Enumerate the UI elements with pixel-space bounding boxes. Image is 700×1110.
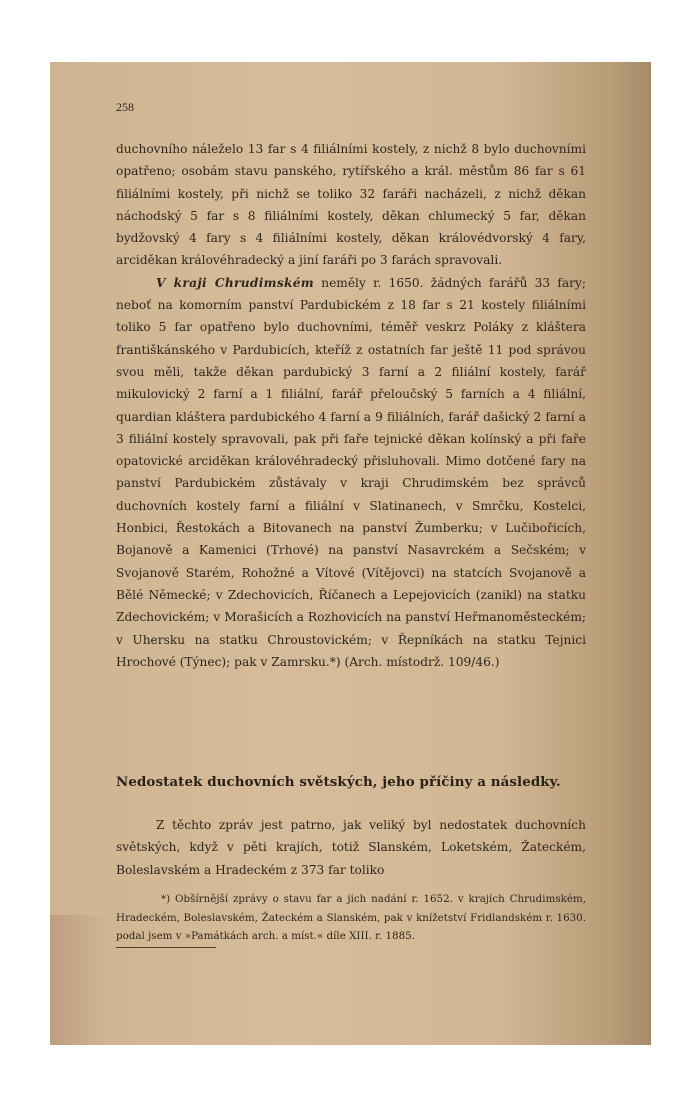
paragraph-3: Z těchto zpráv jest patrno, jak veliký b… [116,814,586,881]
footnote-divider [116,947,216,948]
footnote-text: *) Obšírnější zprávy o stavu far a jich … [116,890,586,946]
scanned-book-page: 258 duchovního náleželo 13 far s 4 filiá… [50,62,651,1045]
page-number: 258 [116,100,134,115]
paragraph-1: duchovního náleželo 13 far s 4 filiálním… [116,138,586,272]
paragraph-2-text: neměly r. 1650. žádných farářů 33 fary; … [116,276,586,669]
footnote: *) Obšírnější zprávy o stavu far a jich … [116,890,586,946]
body-text-2: Z těchto zpráv jest patrno, jak veliký b… [116,814,586,881]
italic-region-name: V kraji Chrudimském [156,276,314,290]
body-text: duchovního náleželo 13 far s 4 filiálním… [116,138,586,673]
paragraph-2: V kraji Chrudimském neměly r. 1650. žádn… [116,272,586,673]
section-heading: Nedostatek duchovních světských, jeho př… [116,774,594,790]
